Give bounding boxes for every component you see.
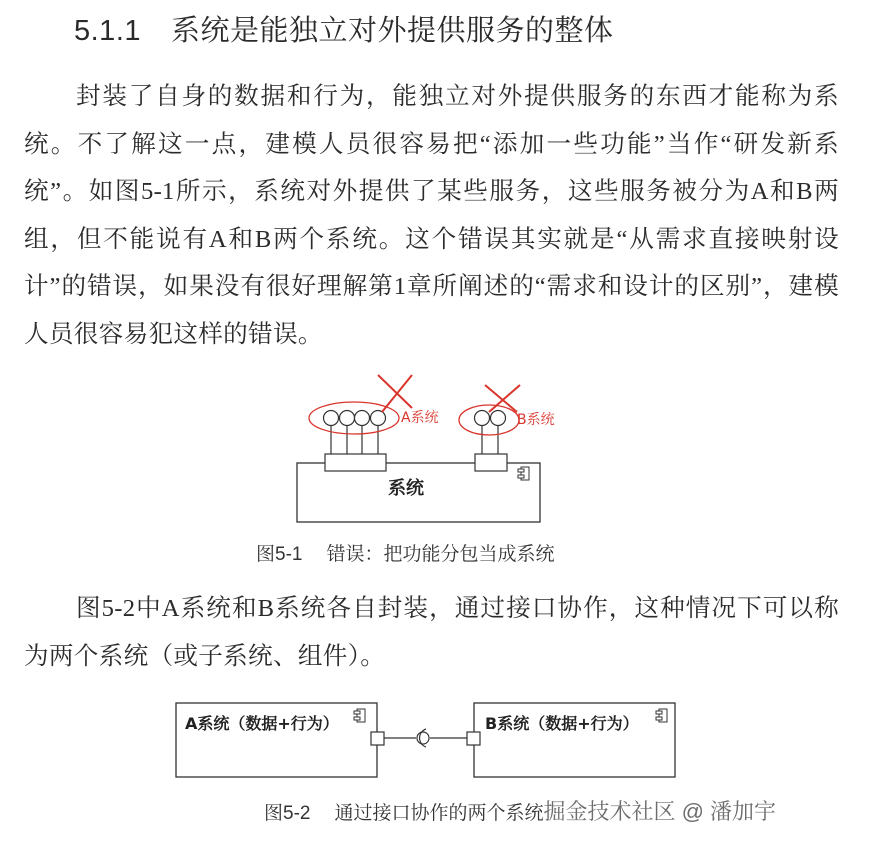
section-number: 5.1.1 (74, 15, 141, 47)
system-component-label: 系统 (388, 474, 424, 500)
required-interface (420, 729, 426, 747)
port-a (325, 454, 386, 471)
watermark: 掘金技术社区 @ 潘加宇 (543, 799, 776, 824)
section-title: 系统是能独立对外提供服务的整体 (171, 15, 614, 47)
caption-number: 图5-1 (256, 544, 302, 565)
body-paragraph-1: 封装了自身的数据和行为，能独立对外提供服务的东西才能称为系统。不了解这一点，建模… (24, 73, 839, 358)
group-b-label: B系统 (517, 409, 555, 429)
body-paragraph-2: 图5-2中A系统和B系统各自封装，通过接口协作，这种情况下可以称为两个系统（或子… (24, 585, 839, 680)
group-a-interfaces (324, 411, 386, 455)
figure-5-1-caption: 图5-1错误：把功能分包当成系统 (256, 539, 554, 566)
caption-text: 通过接口协作的两个系统 (334, 803, 543, 824)
provided-interface (417, 732, 429, 744)
caption-text: 错误：把功能分包当成系统 (326, 544, 554, 565)
group-b-interfaces (475, 411, 506, 455)
component-b-label: B系统（数据+行为） (485, 711, 639, 734)
component-icon (518, 467, 529, 480)
port-a (371, 732, 384, 745)
port-b (475, 454, 507, 471)
group-a-label: A系统 (401, 407, 439, 427)
port-b (467, 732, 480, 745)
component-a-label: A系统（数据+行为） (185, 711, 339, 734)
caption-number: 图5-2 (264, 803, 310, 824)
section-heading: 5.1.1系统是能独立对外提供服务的整体 (74, 8, 614, 49)
figure-5-2-caption: 图5-2通过接口协作的两个系统掘金技术社区 @ 潘加宇 (264, 795, 776, 826)
